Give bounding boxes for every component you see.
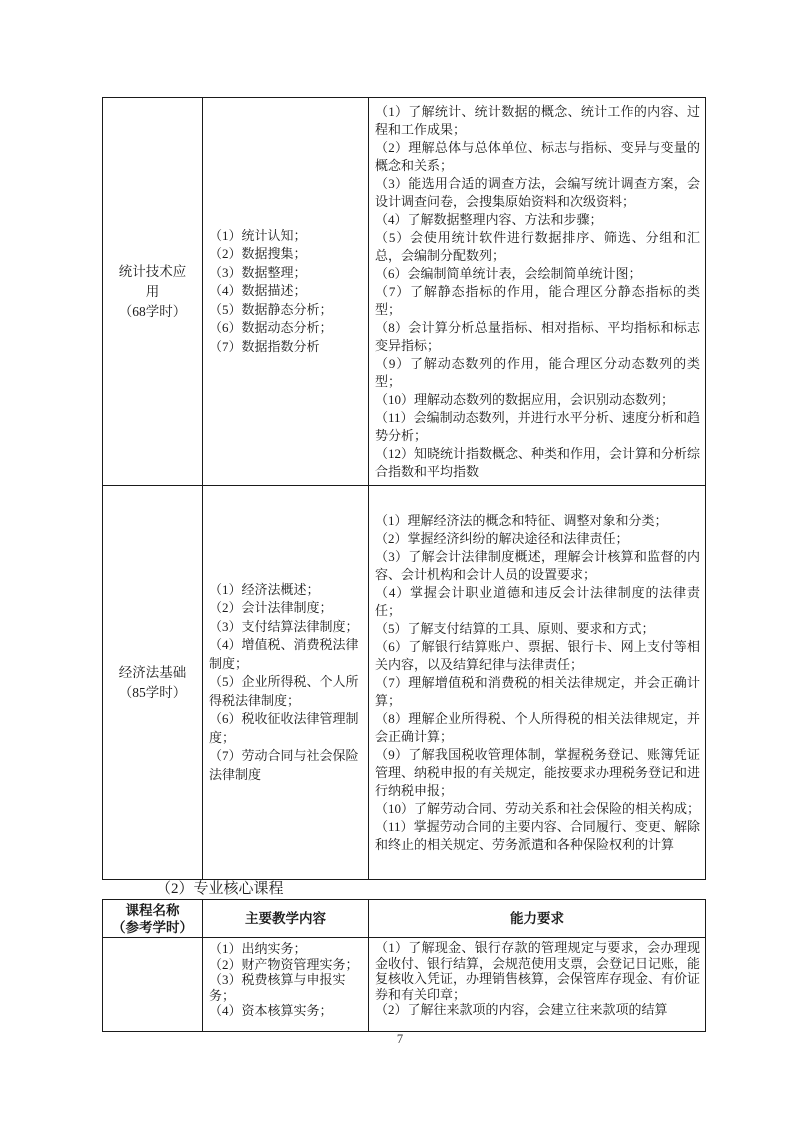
teaching-content-item: （5）数据静态分析； <box>209 301 366 320</box>
teaching-content-cell: （1）出纳实务；（2）财产物资管理实务；（3）税费核算与申报实务；（4）资本核算… <box>203 938 369 1032</box>
ability-requirement-item: （11）掌握劳动合同的主要内容、合同履行、变更、解除和终止的相关规定、劳务派遣和… <box>375 818 700 854</box>
course-name-cell: 统计技术应用 （68学时） <box>103 98 203 486</box>
header-course-name-line: （参考学时） <box>107 919 198 936</box>
teaching-content-item: （4）数据描述； <box>209 282 366 301</box>
ability-requirement-item: （10）理解动态数列的数据应用，会识别动态数列； <box>375 391 700 409</box>
ability-requirement-item: （4）掌握会计职业道德和违反会计法律制度的法律责任； <box>375 584 700 620</box>
teaching-content-item: （2）财产物资管理实务； <box>209 957 366 973</box>
teaching-content-list: （1）经济法概述；（2）会计法律制度；（3）支付结算法律制度；（4）增值税、消费… <box>209 581 366 785</box>
ability-requirements-list: （1）了解统计、统计数据的概念、统计工作的内容、过程和工作成果；（2）理解总体与… <box>375 103 700 481</box>
teaching-content-item: （1）统计认知； <box>209 227 366 246</box>
ability-requirement-item: （9）了解动态数列的作用，能合理区分动态数列的类型； <box>375 355 700 391</box>
ability-requirement-item: （8）理解企业所得税、个人所得税的相关法律规定，并会正确计算； <box>375 710 700 746</box>
ability-requirements-cell: （1）了解现金、银行存款的管理规定与要求，会办理现金收付、银行结算，会规范使用支… <box>369 938 706 1032</box>
teaching-content-list: （1）统计认知；（2）数据搜集；（3）数据整理；（4）数据描述；（5）数据静态分… <box>209 227 366 357</box>
ability-requirement-item: （3）能选用合适的调查方法，会编写统计调查方案，会设计调查问卷，会搜集原始资料和… <box>375 175 700 211</box>
ability-requirement-item: （5）了解支付结算的工具、原则、要求和方式； <box>375 620 700 638</box>
teaching-content-item: （6）数据动态分析； <box>209 319 366 338</box>
page-number: 7 <box>0 1032 800 1047</box>
table-row-statistics: 统计技术应用 （68学时） （1）统计认知；（2）数据搜集；（3）数据整理；（4… <box>103 98 706 486</box>
header-course-name-line: 课程名称 <box>107 902 198 919</box>
course-name-cell-empty <box>103 938 203 1032</box>
course-name-cell: 经济法基础 （85学时） <box>103 486 203 880</box>
ability-requirement-item: （6）了解银行结算账户、票据、银行卡、网上支付等相关内容，以及结算纪律与法律责任… <box>375 638 700 674</box>
ability-requirement-item: （12）知晓统计指数概念、种类和作用，会计算和分析综合指数和平均指数 <box>375 445 700 481</box>
ability-requirement-item: （9）了解我国税收管理体制，掌握税务登记、账簿凭证管理、纳税申报的有关规定，能按… <box>375 746 700 800</box>
teaching-content-item: （2）数据搜集； <box>209 245 366 264</box>
ability-requirement-item: （8）会计算分析总量指标、相对指标、平均指标和标志变异指标； <box>375 319 700 355</box>
teaching-content-item: （1）经济法概述； <box>209 581 366 600</box>
core-course-row: （1）出纳实务；（2）财产物资管理实务；（3）税费核算与申报实务；（4）资本核算… <box>103 938 706 1032</box>
teaching-content-item: （2）会计法律制度； <box>209 599 366 618</box>
course-hours: （68学时） <box>113 302 192 322</box>
teaching-content-cell: （1）经济法概述；（2）会计法律制度；（3）支付结算法律制度；（4）增值税、消费… <box>203 486 369 880</box>
header-ability-requirements: 能力要求 <box>369 900 706 938</box>
ability-requirement-item: （3）了解会计法律制度概述，理解会计核算和监督的内容、会计机构和会计人员的设置要… <box>375 548 700 584</box>
teaching-content-item: （3）支付结算法律制度； <box>209 618 366 637</box>
teaching-content-item: （4）增值税、消费税法律制度； <box>209 636 366 673</box>
ability-requirements-cell: （1）理解经济法的概念和特征、调整对象和分类；（2）掌握经济纠纷的解决途径和法律… <box>369 486 706 880</box>
ability-requirement-item: （1）了解统计、统计数据的概念、统计工作的内容、过程和工作成果； <box>375 103 700 139</box>
header-course-name: 课程名称（参考学时） <box>103 900 203 938</box>
course-name: 统计技术应用 <box>113 262 192 302</box>
ability-requirement-item: （5）会使用统计软件进行数据排序、筛选、分组和汇总，会编制分配数列； <box>375 229 700 265</box>
ability-requirements-cell: （1）了解统计、统计数据的概念、统计工作的内容、过程和工作成果；（2）理解总体与… <box>369 98 706 486</box>
ability-requirement-item: （10）了解劳动合同、劳动关系和社会保险的相关构成； <box>375 800 700 818</box>
ability-requirement-item: （11）会编制动态数列，并进行水平分析、速度分析和趋势分析； <box>375 409 700 445</box>
teaching-content-item: （1）出纳实务； <box>209 941 366 957</box>
teaching-content-item: （3）数据整理； <box>209 264 366 283</box>
teaching-content-item: （6）税收征收法律管理制度； <box>209 710 366 747</box>
ability-requirement-item: （2）理解总体与总体单位、标志与指标、变异与变量的概念和关系； <box>375 139 700 175</box>
ability-requirement-item: （7）理解增值税和消费税的相关法律规定，并会正确计算； <box>375 674 700 710</box>
ability-requirement-item: （2）掌握经济纠纷的解决途径和法律责任； <box>375 530 700 548</box>
section-heading: （2）专业核心课程 <box>156 877 284 898</box>
ability-requirement-item: （1）理解经济法的概念和特征、调整对象和分类； <box>375 512 700 530</box>
teaching-content-item: （3）税费核算与申报实务； <box>209 972 366 1003</box>
header-teaching-content: 主要教学内容 <box>203 900 369 938</box>
teaching-content-list: （1）出纳实务；（2）财产物资管理实务；（3）税费核算与申报实务；（4）资本核算… <box>209 941 366 1019</box>
header-course-name-lines: 课程名称（参考学时） <box>107 902 198 936</box>
core-course-header-row: 课程名称（参考学时） 主要教学内容 能力要求 <box>103 900 706 938</box>
ability-requirement-item: （6）会编制简单统计表，会绘制简单统计图； <box>375 265 700 283</box>
course-name: 经济法基础 <box>113 663 192 683</box>
ability-requirement-item: （7）了解静态指标的作用，能合理区分静态指标的类型； <box>375 283 700 319</box>
teaching-content-cell: （1）统计认知；（2）数据搜集；（3）数据整理；（4）数据描述；（5）数据静态分… <box>203 98 369 486</box>
teaching-content-item: （4）资本核算实务； <box>209 1003 366 1019</box>
document-page: 统计技术应用 （68学时） （1）统计认知；（2）数据搜集；（3）数据整理；（4… <box>0 0 800 1131</box>
teaching-content-item: （7）劳动合同与社会保险法律制度 <box>209 747 366 784</box>
teaching-content-item: （5）企业所得税、个人所得税法律制度； <box>209 673 366 710</box>
ability-requirements-list: （1）了解现金、银行存款的管理规定与要求，会办理现金收付、银行结算，会规范使用支… <box>375 940 700 1018</box>
ability-requirement-item: （1）了解现金、银行存款的管理规定与要求，会办理现金收付、银行结算，会规范使用支… <box>375 940 700 1002</box>
table-row-economic-law: 经济法基础 （85学时） （1）经济法概述；（2）会计法律制度；（3）支付结算法… <box>103 486 706 880</box>
ability-requirement-item: （4）了解数据整理内容、方法和步骤； <box>375 211 700 229</box>
course-table-continued: 统计技术应用 （68学时） （1）统计认知；（2）数据搜集；（3）数据整理；（4… <box>102 97 706 880</box>
ability-requirements-list: （1）理解经济法的概念和特征、调整对象和分类；（2）掌握经济纠纷的解决途径和法律… <box>375 512 700 854</box>
teaching-content-item: （7）数据指数分析 <box>209 338 366 357</box>
course-hours: （85学时） <box>113 683 192 703</box>
core-course-table: 课程名称（参考学时） 主要教学内容 能力要求 （1）出纳实务；（2）财产物资管理… <box>102 899 706 1032</box>
ability-requirement-item: （2）了解往来款项的内容，会建立往来款项的结算 <box>375 1002 700 1018</box>
